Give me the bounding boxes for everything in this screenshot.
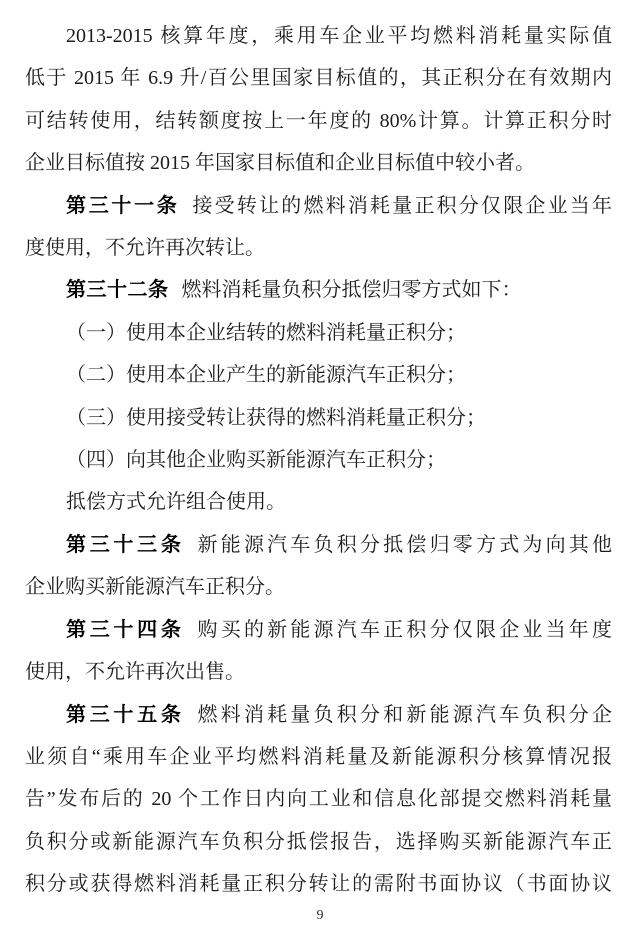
text-line: 企业购买新能源汽车正积分。 bbox=[25, 566, 612, 608]
text-line: 低于 2015 年 6.9 升/百公里国家目标值的，其正积分在有效期内 bbox=[25, 57, 612, 99]
page-number: 9 bbox=[0, 906, 640, 926]
text-line: 使用，不允许再次出售。 bbox=[25, 651, 612, 693]
text-line: 积分或获得燃料消耗量正积分转让的需附书面协议（书面协议 bbox=[25, 863, 612, 905]
text-line: （四）向其他企业购买新能源汽车正积分； bbox=[25, 439, 612, 481]
document-body: 2013-2015 核算年度，乘用车企业平均燃料消耗量实际值低于 2015 年 … bbox=[25, 15, 612, 906]
document-page: 2013-2015 核算年度，乘用车企业平均燃料消耗量实际值低于 2015 年 … bbox=[0, 0, 640, 939]
text-line: 可结转使用，结转额度按上一年度的 80%计算。计算正积分时 bbox=[25, 100, 612, 142]
text-line: 业须自“乘用车企业平均燃料消耗量及新能源积分核算情况报 bbox=[25, 736, 612, 778]
text-line: 第三十一条接受转让的燃料消耗量正积分仅限企业当年 bbox=[25, 185, 612, 227]
article-number: 第三十二条 bbox=[66, 279, 169, 301]
article-number: 第三十四条 bbox=[66, 619, 185, 641]
text-line: （二）使用本企业产生的新能源汽车正积分； bbox=[25, 354, 612, 396]
article-number: 第三十五条 bbox=[66, 704, 185, 726]
text-line: 第三十三条新能源汽车负积分抵偿归零方式为向其他 bbox=[25, 524, 612, 566]
text-line: 第三十五条燃料消耗量负积分和新能源汽车负积分企 bbox=[25, 694, 612, 736]
text-line: 抵偿方式允许组合使用。 bbox=[25, 481, 612, 523]
text-line: 第三十四条购买的新能源汽车正积分仅限企业当年度 bbox=[25, 609, 612, 651]
text-line: 2013-2015 核算年度，乘用车企业平均燃料消耗量实际值 bbox=[25, 15, 612, 57]
text-line: 告”发布后的 20 个工作日内向工业和信息化部提交燃料消耗量 bbox=[25, 778, 612, 820]
text-line: 负积分或新能源汽车负积分抵偿报告，选择购买新能源汽车正 bbox=[25, 821, 612, 863]
article-number: 第三十三条 bbox=[66, 534, 185, 556]
text-line: 企业目标值按 2015 年国家目标值和企业目标值中较小者。 bbox=[25, 142, 612, 184]
article-number: 第三十一条 bbox=[66, 195, 179, 217]
text-line: 第三十二条燃料消耗量负积分抵偿归零方式如下： bbox=[25, 269, 612, 311]
text-line: 度使用，不允许再次转让。 bbox=[25, 227, 612, 269]
text-line: （三）使用接受转让获得的燃料消耗量正积分； bbox=[25, 397, 612, 439]
text-line: （一）使用本企业结转的燃料消耗量正积分； bbox=[25, 312, 612, 354]
